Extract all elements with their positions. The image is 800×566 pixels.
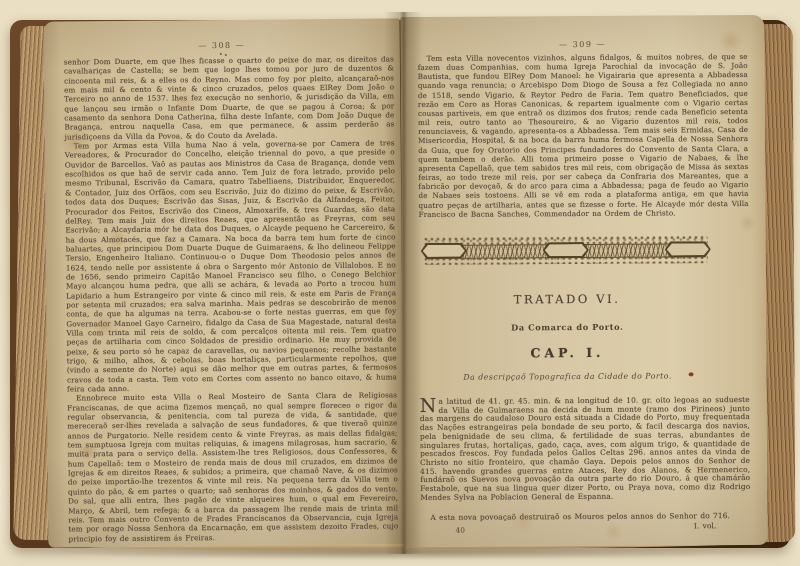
signature-mark: 40 xyxy=(455,526,464,535)
right-page: — 309 — Tem esta Villa novecentos vizinh… xyxy=(400,15,767,547)
ornamental-divider-icon xyxy=(424,235,708,265)
left-page: — 308 — senhor Dom Duarte, em que lhes f… xyxy=(43,18,404,547)
ink-specks-icon xyxy=(220,53,222,55)
chapter-title: CAP. I. xyxy=(402,344,732,361)
right-page-number: — 309 — xyxy=(401,39,765,50)
left-page-number: — 308 — xyxy=(44,39,400,51)
book-photo: — 308 — senhor Dom Duarte, em que lhes f… xyxy=(0,0,800,566)
drop-cap: N xyxy=(420,398,439,415)
ornament-knot xyxy=(665,241,711,257)
chapter-subtitle: Da descripçaõ Topografica da Cidade do P… xyxy=(403,371,733,382)
tratado-subtitle: Da Comarca do Porto. xyxy=(402,321,732,333)
paragraph: Tem esta Villa novecentos vizinhos, algu… xyxy=(418,52,749,219)
paragraph: a latitud de 41. gr. 45. min. & na longi… xyxy=(420,395,750,502)
right-page-intro-paragraph: Tem esta Villa novecentos vizinhos, algu… xyxy=(418,52,749,219)
paragraph: senhor Dom Duarte, em que lhes ficasse o… xyxy=(64,54,395,141)
ornament-knot xyxy=(421,243,467,259)
chapter-body-paragraph: Na latitud de 41. gr. 45. min. & na long… xyxy=(420,396,751,502)
red-ink-fleck-icon xyxy=(689,372,694,376)
left-page-text-column: senhor Dom Duarte, em que lhes ficasse o… xyxy=(64,54,399,543)
tratado-title: TRATADO VI. xyxy=(402,291,732,307)
paragraph: Tem por Armas esta Villa huma Nao á vela… xyxy=(65,138,397,393)
paragraph: Ennobrece muito esta Villa o Real Mostei… xyxy=(67,391,398,544)
ornament-knot xyxy=(543,242,589,258)
